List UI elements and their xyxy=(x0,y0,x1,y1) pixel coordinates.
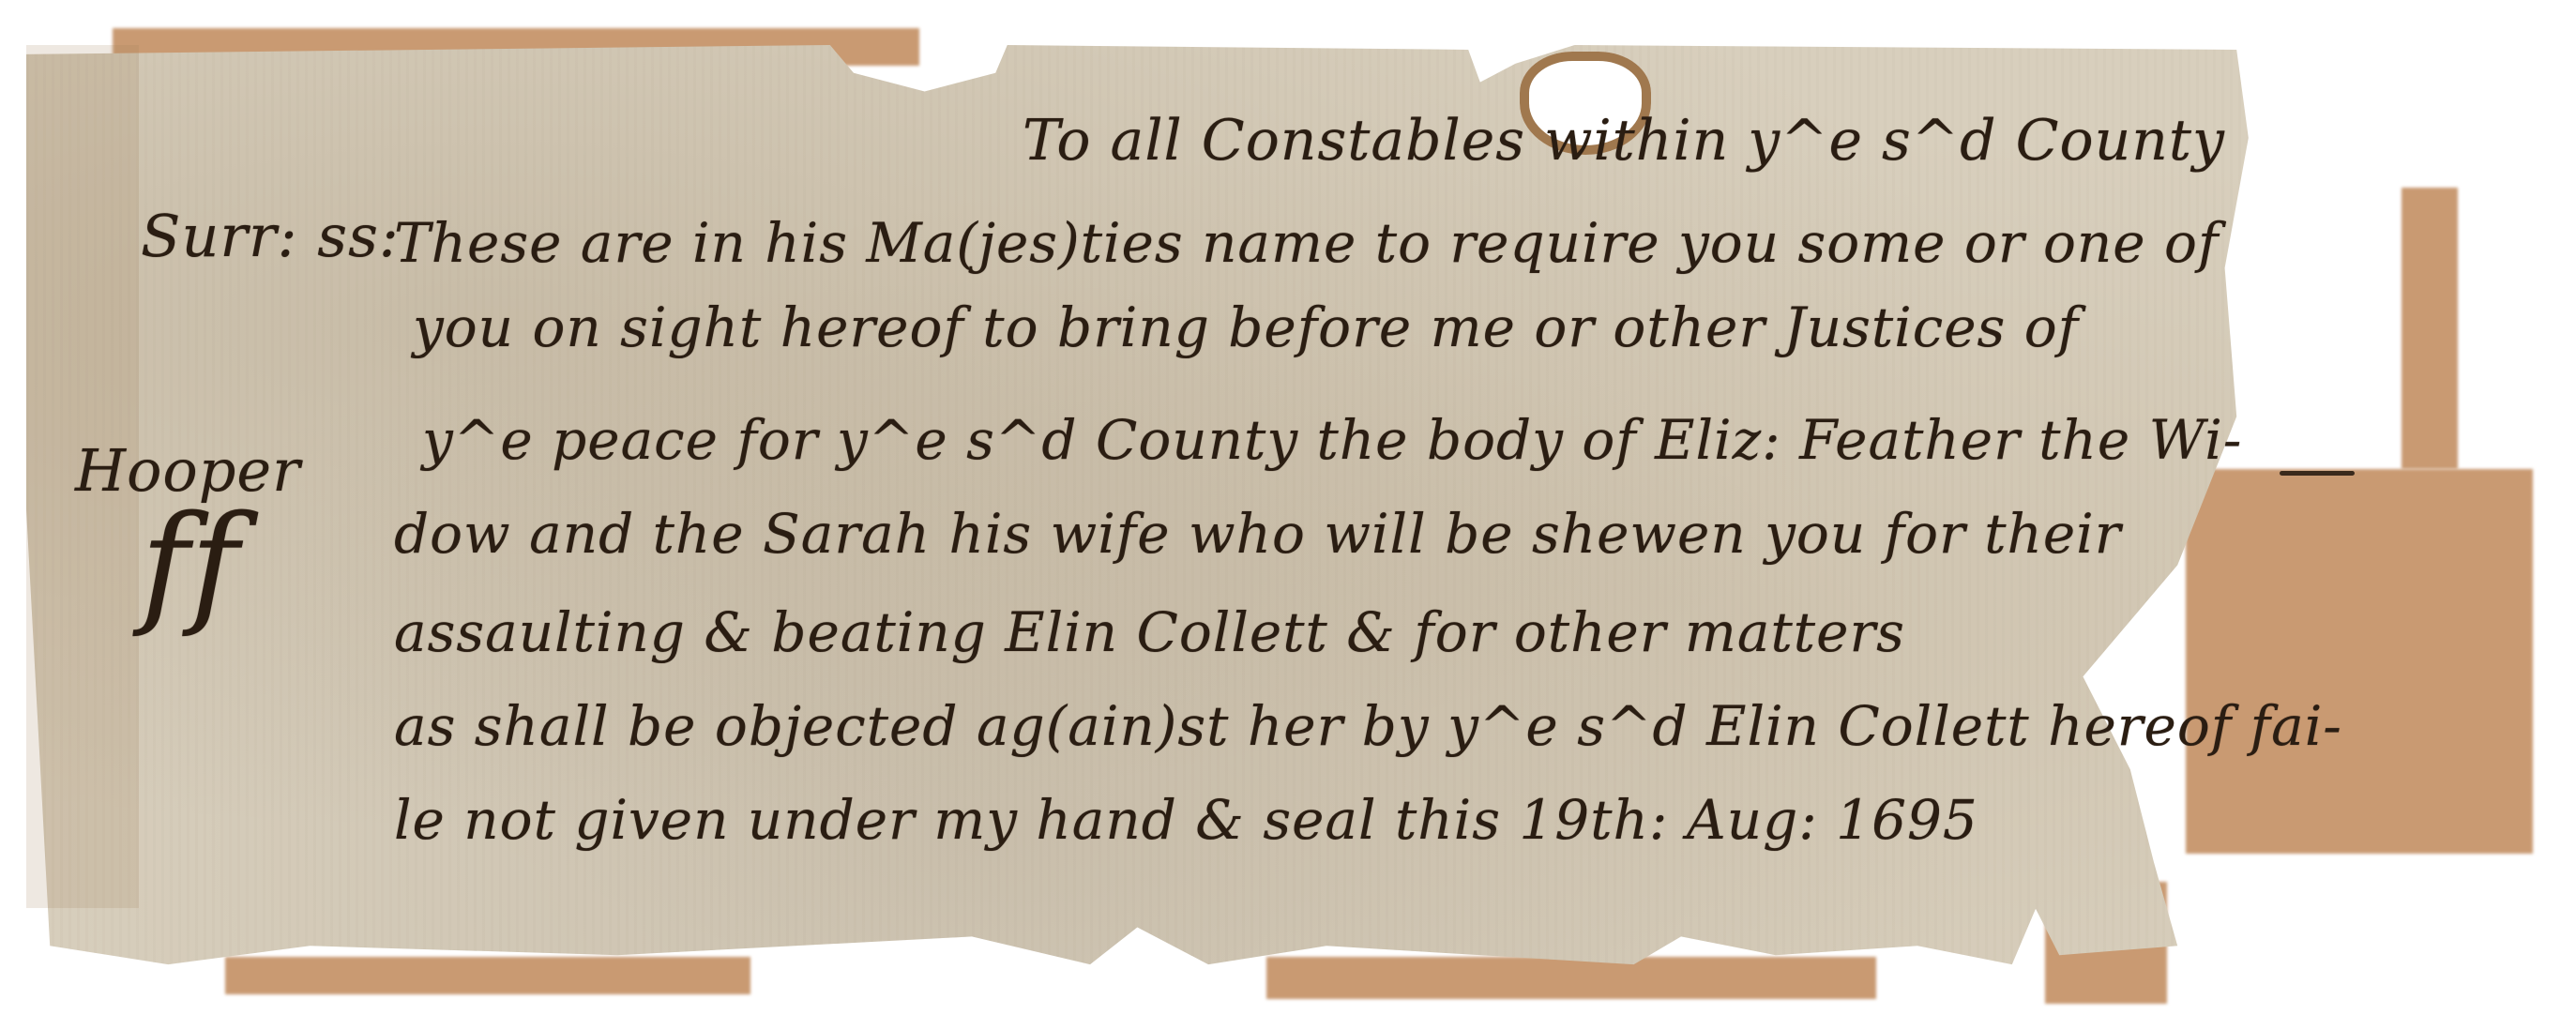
body-line-2: you on sight hereof to bring before me o… xyxy=(413,295,2079,359)
torn-backing-bottom-left xyxy=(225,957,750,994)
signature-flourish: ff xyxy=(141,488,240,641)
torn-backing-right xyxy=(2186,469,2533,854)
body-line-3: y^e peace for y^e s^d County the body of… xyxy=(422,408,2242,472)
document-heading: To all Constables within y^e s^d County xyxy=(1023,108,2225,174)
torn-backing-bottom-mid xyxy=(1266,957,1876,999)
body-line-1: These are in his Ma(jes)ties name to req… xyxy=(394,211,2219,275)
body-line-5: assaulting & beating Elin Collett & for … xyxy=(394,600,1905,664)
torn-backing-right-upper xyxy=(2402,188,2458,469)
body-line-7-date: le not given under my hand & seal this 1… xyxy=(394,788,1978,852)
hyphen-stroke xyxy=(2280,471,2355,476)
body-line-6: as shall be objected ag(ain)st her by y^… xyxy=(394,694,2342,758)
body-line-4: dow and the Sarah his wife who will be s… xyxy=(394,502,2121,566)
county-margin-note: Surr: ss: xyxy=(141,202,400,270)
